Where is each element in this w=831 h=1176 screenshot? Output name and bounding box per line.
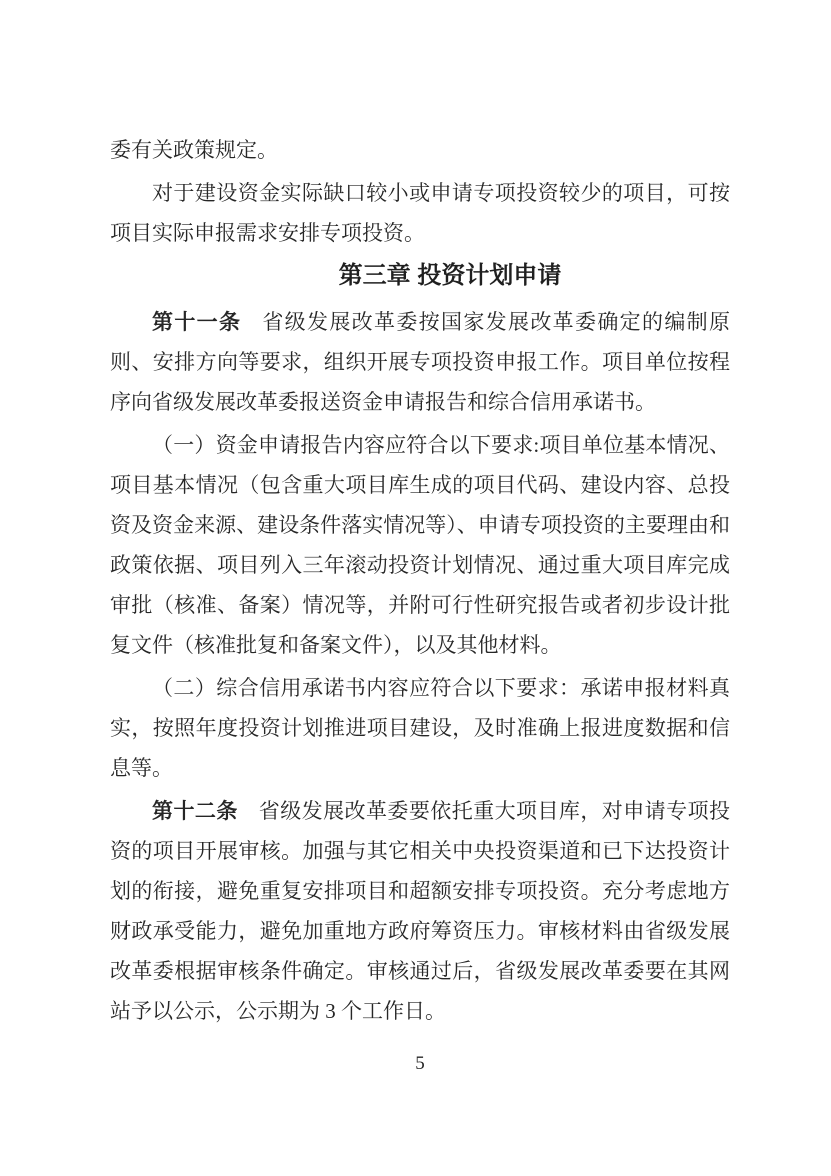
document-page: 委有关政策规定。 对于建设资金实际缺口较小或申请专项投资较少的项目，可按项目实际…	[0, 0, 831, 1176]
intro-paragraph-continuation: 委有关政策规定。	[110, 130, 730, 170]
article-12-number: 第十二条	[152, 799, 238, 823]
document-body: 委有关政策规定。 对于建设资金实际缺口较小或申请专项投资较少的项目，可按项目实际…	[110, 130, 730, 1034]
intro-paragraph: 对于建设资金实际缺口较小或申请专项投资较少的项目，可按项目实际申报需求安排专项投…	[110, 173, 730, 253]
page-number: 5	[110, 1050, 730, 1078]
article-11-item-1: （一）资金申请报告内容应符合以下要求:项目单位基本情况、项目基本情况（包含重大项…	[110, 425, 730, 665]
article-12-text: 省级发展改革委要依托重大项目库，对申请专项投资的项目开展审核。加强与其它相关中央…	[110, 799, 730, 1023]
article-11-item-2: （二）综合信用承诺书内容应符合以下要求：承诺申报材料真实，按照年度投资计划推进项…	[110, 668, 730, 788]
article-11-paragraph: 第十一条省级发展改革委按国家发展改革委确定的编制原则、安排方向等要求，组织开展专…	[110, 302, 730, 422]
chapter-heading: 第三章 投资计划申请	[170, 256, 730, 296]
article-11-number: 第十一条	[152, 310, 241, 334]
article-12-paragraph: 第十二条省级发展改革委要依托重大项目库，对申请专项投资的项目开展审核。加强与其它…	[110, 791, 730, 1031]
